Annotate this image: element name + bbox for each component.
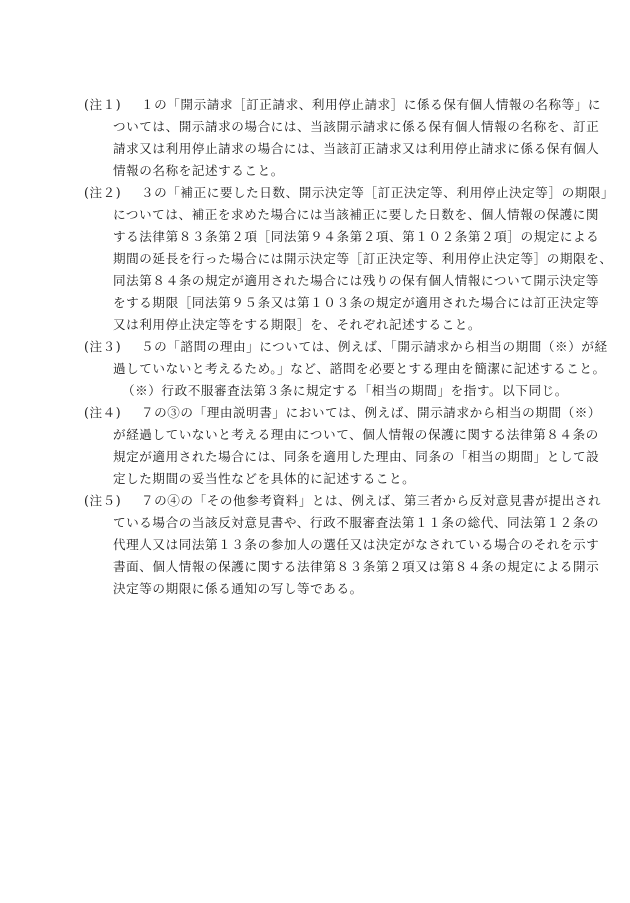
note-text: 期間の延長を行った場合には開示決定等［訂正決定等、利用停止決定等］の期限を、 bbox=[84, 248, 564, 270]
note-text: ３の「補正に要した日数、開示決定等［訂正決定等、利用停止決定等］の期限」 bbox=[141, 185, 614, 200]
note-text: 請求又は利用停止請求の場合には、当該訂正請求又は利用停止請求に係る保有個人 bbox=[84, 138, 564, 160]
note-label: (注２) bbox=[84, 182, 141, 204]
note-text: ついては、開示請求の場合には、当該開示請求に係る保有個人情報の名称を、訂正 bbox=[84, 116, 564, 138]
note-text: １の「開示請求［訂正請求、利用停止請求］に係る保有個人情報の名称等」に bbox=[141, 97, 601, 112]
note-text: をする期限［同法第９５条又は第１０３条の規定が適用された場合には訂正決定等 bbox=[84, 292, 564, 314]
note-label: (注４) bbox=[84, 402, 141, 424]
note-text: 情報の名称を記述すること。 bbox=[84, 160, 564, 182]
note-label: (注１) bbox=[84, 94, 141, 116]
note-1: (注１)１の「開示請求［訂正請求、利用停止請求］に係る保有個人情報の名称等」に … bbox=[84, 94, 564, 182]
note-text: ７の④の「その他参考資料」とは、例えば、第三者から反対意見書が提出され bbox=[141, 493, 601, 508]
note-label: (注５) bbox=[84, 490, 141, 512]
note-text: ７の③の「理由説明書」においては、例えば、開示請求から相当の期間（※） bbox=[141, 405, 601, 420]
note-label: (注３) bbox=[84, 336, 141, 358]
note-2: (注２)３の「補正に要した日数、開示決定等［訂正決定等、利用停止決定等］の期限」… bbox=[84, 182, 564, 336]
note-text: 又は利用停止決定等をする期限］を、それぞれ記述すること。 bbox=[84, 314, 564, 336]
note-subnote: （※）行政不服審査法第３条に規定する「相当の期間」を指す。以下同じ。 bbox=[84, 380, 564, 402]
note-text: 代理人又は同法第１３条の参加人の選任又は決定がなされている場合のそれを示す bbox=[84, 534, 564, 556]
note-text: 同法第８４条の規定が適用された場合には残りの保有個人情報について開示決定等 bbox=[84, 270, 564, 292]
note-text: 定した期間の妥当性などを具体的に記述すること。 bbox=[84, 468, 564, 490]
note-text: 過していないと考えるため。」など、諮問を必要とする理由を簡潔に記述すること。 bbox=[84, 358, 564, 380]
note-text: ている場合の当該反対意見書や、行政不服審査法第１１条の総代、同法第１２条の bbox=[84, 512, 564, 534]
note-text: ５の「諮問の理由」については、例えば、「開示請求から相当の期間（※）が経 bbox=[141, 339, 608, 354]
note-text: 決定等の期限に係る通知の写し等である。 bbox=[84, 578, 564, 600]
note-5: (注５)７の④の「その他参考資料」とは、例えば、第三者から反対意見書が提出され … bbox=[84, 490, 564, 600]
note-text: については、補正を求めた場合には当該補正に要した日数を、個人情報の保護に関 bbox=[84, 204, 564, 226]
note-text: 規定が適用された場合には、同条を適用した理由、同条の「相当の期間」として設 bbox=[84, 446, 564, 468]
notes-document: (注１)１の「開示請求［訂正請求、利用停止請求］に係る保有個人情報の名称等」に … bbox=[84, 94, 564, 600]
note-text: する法律第８３条第２項［同法第９４条第２項、第１０２条第２項］の規定による bbox=[84, 226, 564, 248]
note-4: (注４)７の③の「理由説明書」においては、例えば、開示請求から相当の期間（※） … bbox=[84, 402, 564, 490]
note-text: 書面、個人情報の保護に関する法律第８３条第２項又は第８４条の規定による開示 bbox=[84, 556, 564, 578]
note-3: (注３)５の「諮問の理由」については、例えば、「開示請求から相当の期間（※）が経… bbox=[84, 336, 564, 402]
note-text: が経過していないと考える理由について、個人情報の保護に関する法律第８４条の bbox=[84, 424, 564, 446]
